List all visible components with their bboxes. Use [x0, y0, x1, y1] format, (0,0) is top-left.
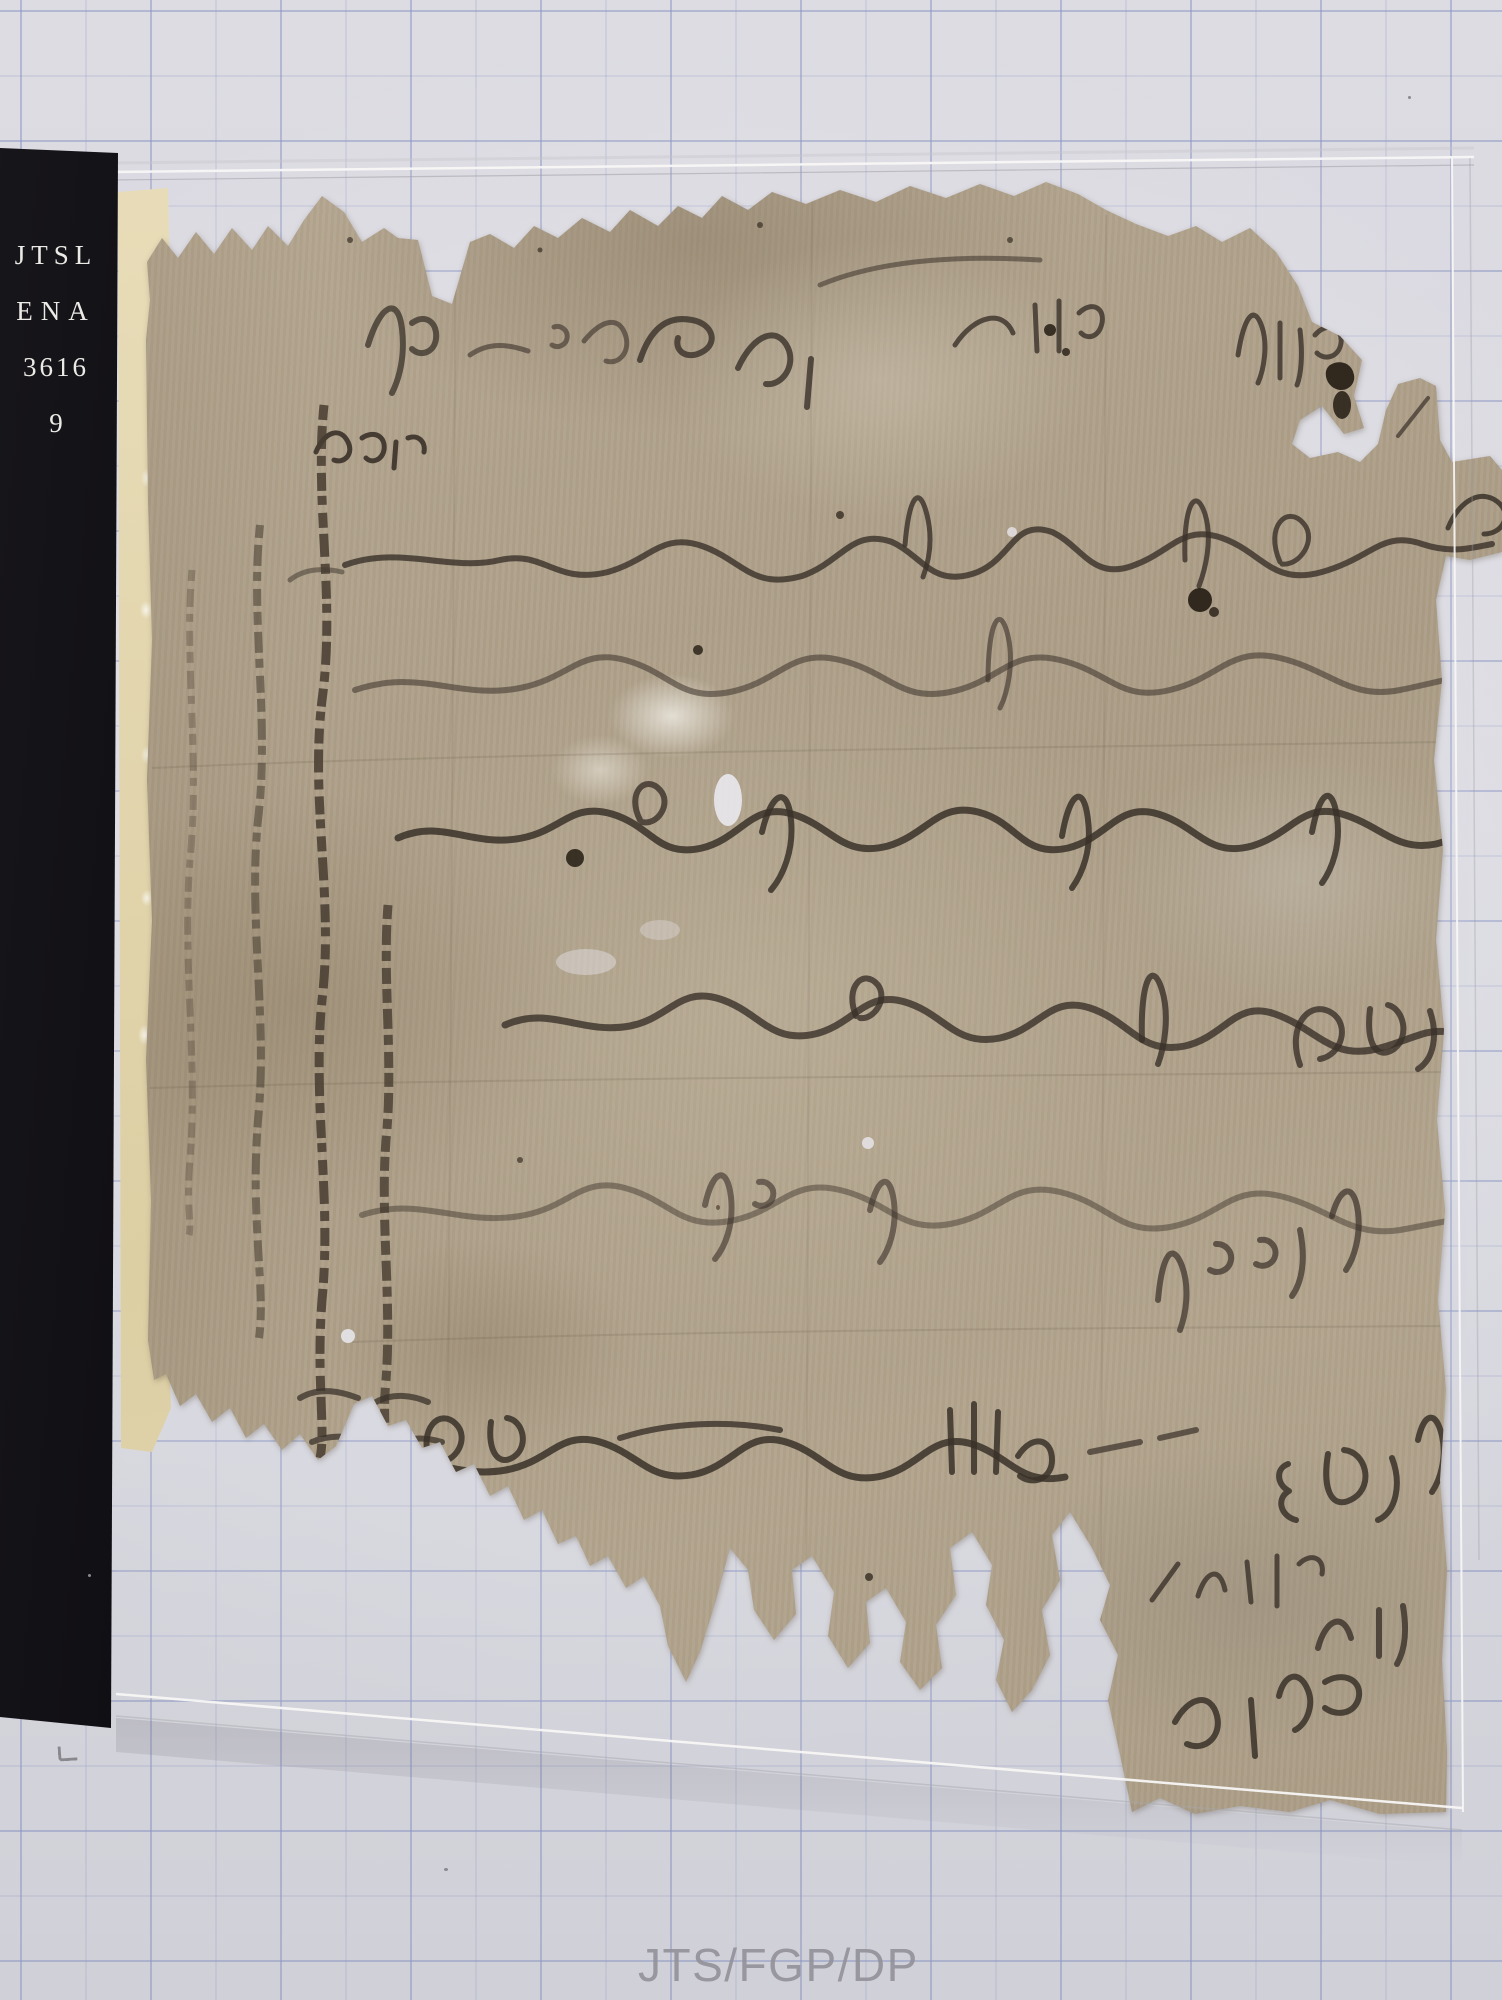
dust-speck [88, 1574, 91, 1577]
spine-label-line: ENA [0, 296, 112, 327]
pencil-mark [57, 1745, 77, 1761]
manuscript-fragment-wrap [0, 0, 1502, 2000]
dust-speck [1408, 96, 1411, 99]
spine-label-line: JTSL [0, 240, 112, 271]
watermark: JTS/FGP/DP [638, 1938, 919, 1992]
dust-speck [444, 1868, 448, 1871]
spine-label-line: 9 [0, 408, 112, 439]
manuscript-fragment [0, 0, 1502, 2000]
photo-stage: JTSL ENA 3616 9 JTS/FGP/DP [0, 0, 1502, 2000]
dust-speck [716, 1205, 720, 1210]
handwriting-ink [0, 0, 1502, 2000]
spine-label-line: 3616 [0, 352, 112, 383]
